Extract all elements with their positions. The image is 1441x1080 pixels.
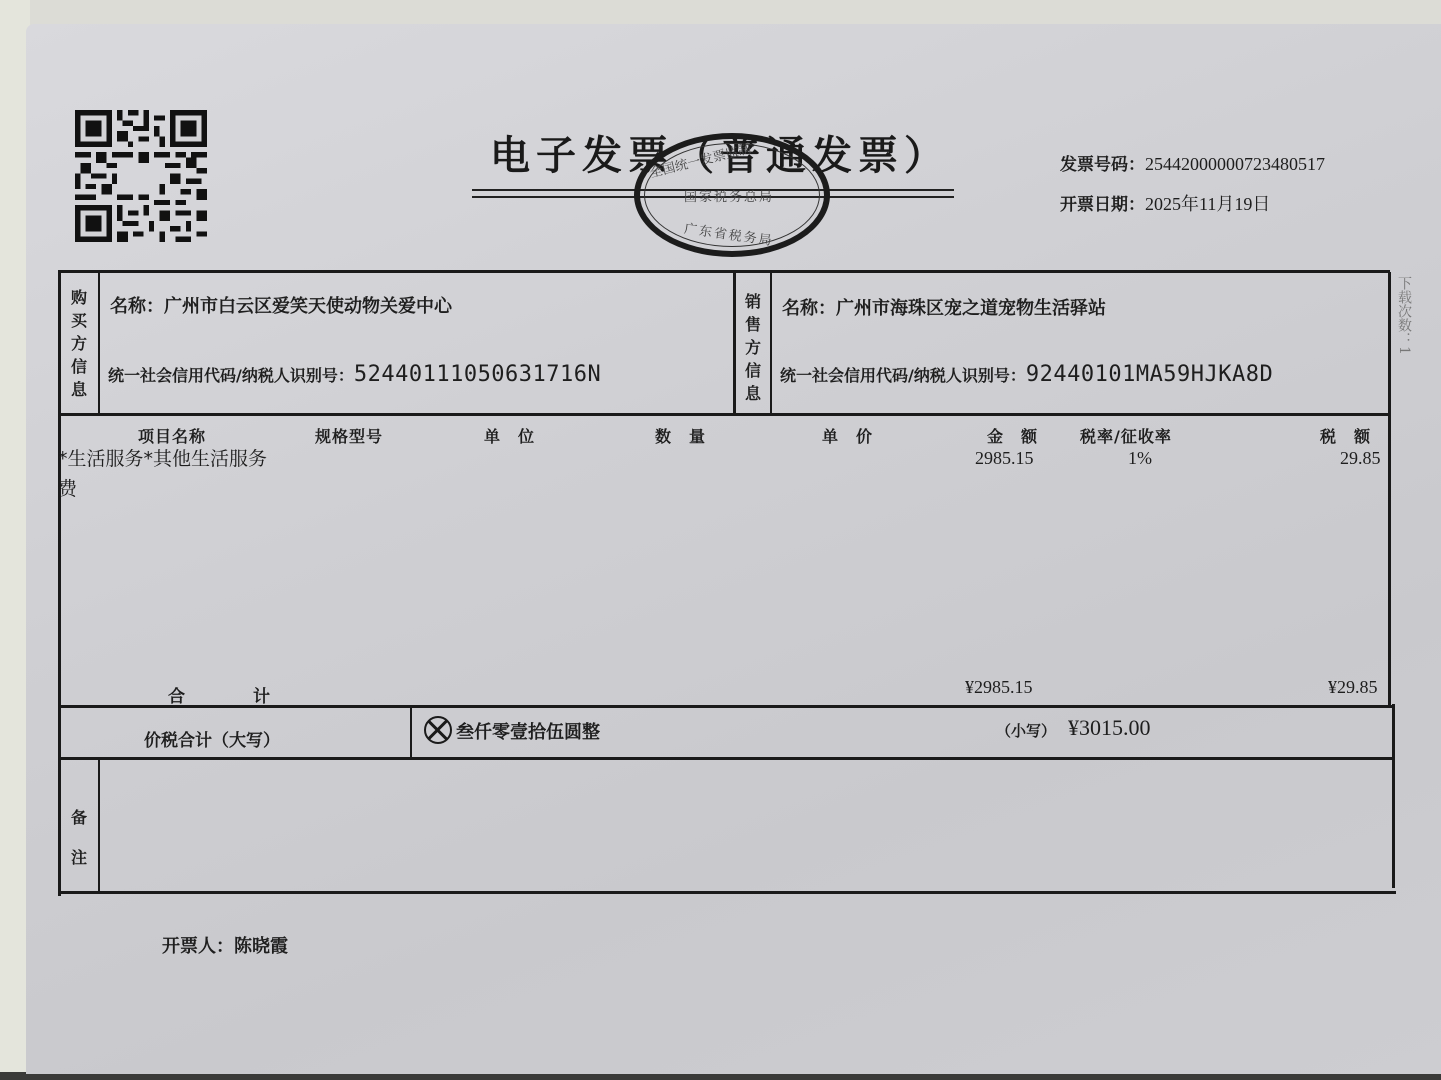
seller-name-row: 名称：广州市海珠区宠之道宠物生活驿站	[782, 294, 1106, 320]
invoice-date-label: 开票日期：	[1060, 195, 1145, 215]
seller-name: 广州市海珠区宠之道宠物生活驿站	[836, 298, 1106, 319]
item-tax: 29.85	[1340, 448, 1381, 469]
table-border-top	[58, 270, 1390, 273]
grand-total-uppercase: 叁仟零壹拾伍圆整	[456, 718, 600, 744]
header-amount: 金 额	[987, 424, 1038, 447]
seller-label-divider	[770, 272, 772, 416]
header-unit: 单 位	[484, 424, 535, 447]
invoice-date-row: 开票日期：2025年11月19日	[1060, 190, 1270, 216]
buyer-label-divider	[98, 272, 100, 414]
table-border-bottom	[58, 891, 1396, 894]
parties-bottom-rule	[58, 413, 1390, 416]
remarks-label: 备注	[68, 798, 90, 878]
buyer-name-row: 名称：广州市白云区爱笑天使动物关爱中心	[110, 292, 452, 318]
drawer-label: 开票人：	[162, 936, 234, 957]
item-name-line2: 费	[58, 474, 77, 501]
table-border-right-lower	[1392, 704, 1395, 888]
grand-total-small: ¥3015.00	[1068, 715, 1151, 741]
buyer-seller-divider	[733, 272, 736, 416]
buyer-name-label: 名称：	[110, 296, 164, 317]
invoice-date: 2025年11月19日	[1145, 194, 1270, 214]
header-spec: 规格型号	[315, 424, 383, 447]
item-name-line1: *生活服务*其他生活服务	[58, 444, 267, 471]
grand-total-divider	[410, 707, 412, 759]
invoice-number: 25442000000723480517	[1145, 154, 1325, 174]
header-qty: 数 量	[655, 424, 706, 447]
qr-code-icon	[74, 110, 208, 242]
buyer-taxid: 52440111050631716N	[354, 362, 601, 387]
seller-name-label: 名称：	[782, 298, 836, 319]
invoice-number-label: 发票号码：	[1060, 155, 1145, 175]
grand-total-small-label: （小写）	[996, 720, 1056, 741]
table-border-left	[58, 270, 61, 896]
circle-x-icon	[424, 716, 452, 744]
seller-taxid-label: 统一社会信用代码/纳税人识别号：	[780, 366, 1026, 385]
item-amount: 2985.15	[975, 448, 1034, 469]
grand-total-uppercase-label: 价税合计（大写）	[144, 726, 280, 751]
invoice-number-row: 发票号码：25442000000723480517	[1060, 150, 1325, 175]
header-tax-rate: 税率/征收率	[1080, 424, 1172, 447]
buyer-name: 广州市白云区爱笑天使动物关爱中心	[164, 296, 452, 317]
seal-middle-text: 国家税务总局	[684, 186, 774, 205]
buyer-taxid-label: 统一社会信用代码/纳税人识别号：	[108, 366, 354, 385]
buyer-section-label: 购买方信息	[68, 286, 90, 401]
header-tax: 税 额	[1320, 424, 1371, 447]
drawer-name: 陈晓霞	[234, 936, 288, 957]
table-border-right-upper	[1388, 272, 1391, 706]
seller-taxid-row: 统一社会信用代码/纳税人识别号：92440101MA59HJKA8D	[780, 362, 1273, 387]
seller-taxid: 92440101MA59HJKA8D	[1026, 362, 1273, 387]
remarks-label-divider	[98, 759, 100, 893]
header-price: 单 价	[822, 424, 873, 447]
buyer-taxid-row: 统一社会信用代码/纳税人识别号：52440111050631716N	[108, 362, 601, 387]
total-label: 合 计	[168, 682, 270, 707]
remarks-content	[110, 770, 1380, 880]
grand-total-rule	[58, 757, 1394, 760]
seller-section-label: 销售方信息	[742, 290, 764, 405]
drawer-row: 开票人：陈晓霞	[162, 932, 288, 958]
total-amount: ¥2985.15	[965, 677, 1033, 698]
item-tax-rate: 1%	[1128, 448, 1152, 469]
download-count: 下载次数：1	[1394, 276, 1414, 355]
total-tax: ¥29.85	[1328, 677, 1378, 698]
